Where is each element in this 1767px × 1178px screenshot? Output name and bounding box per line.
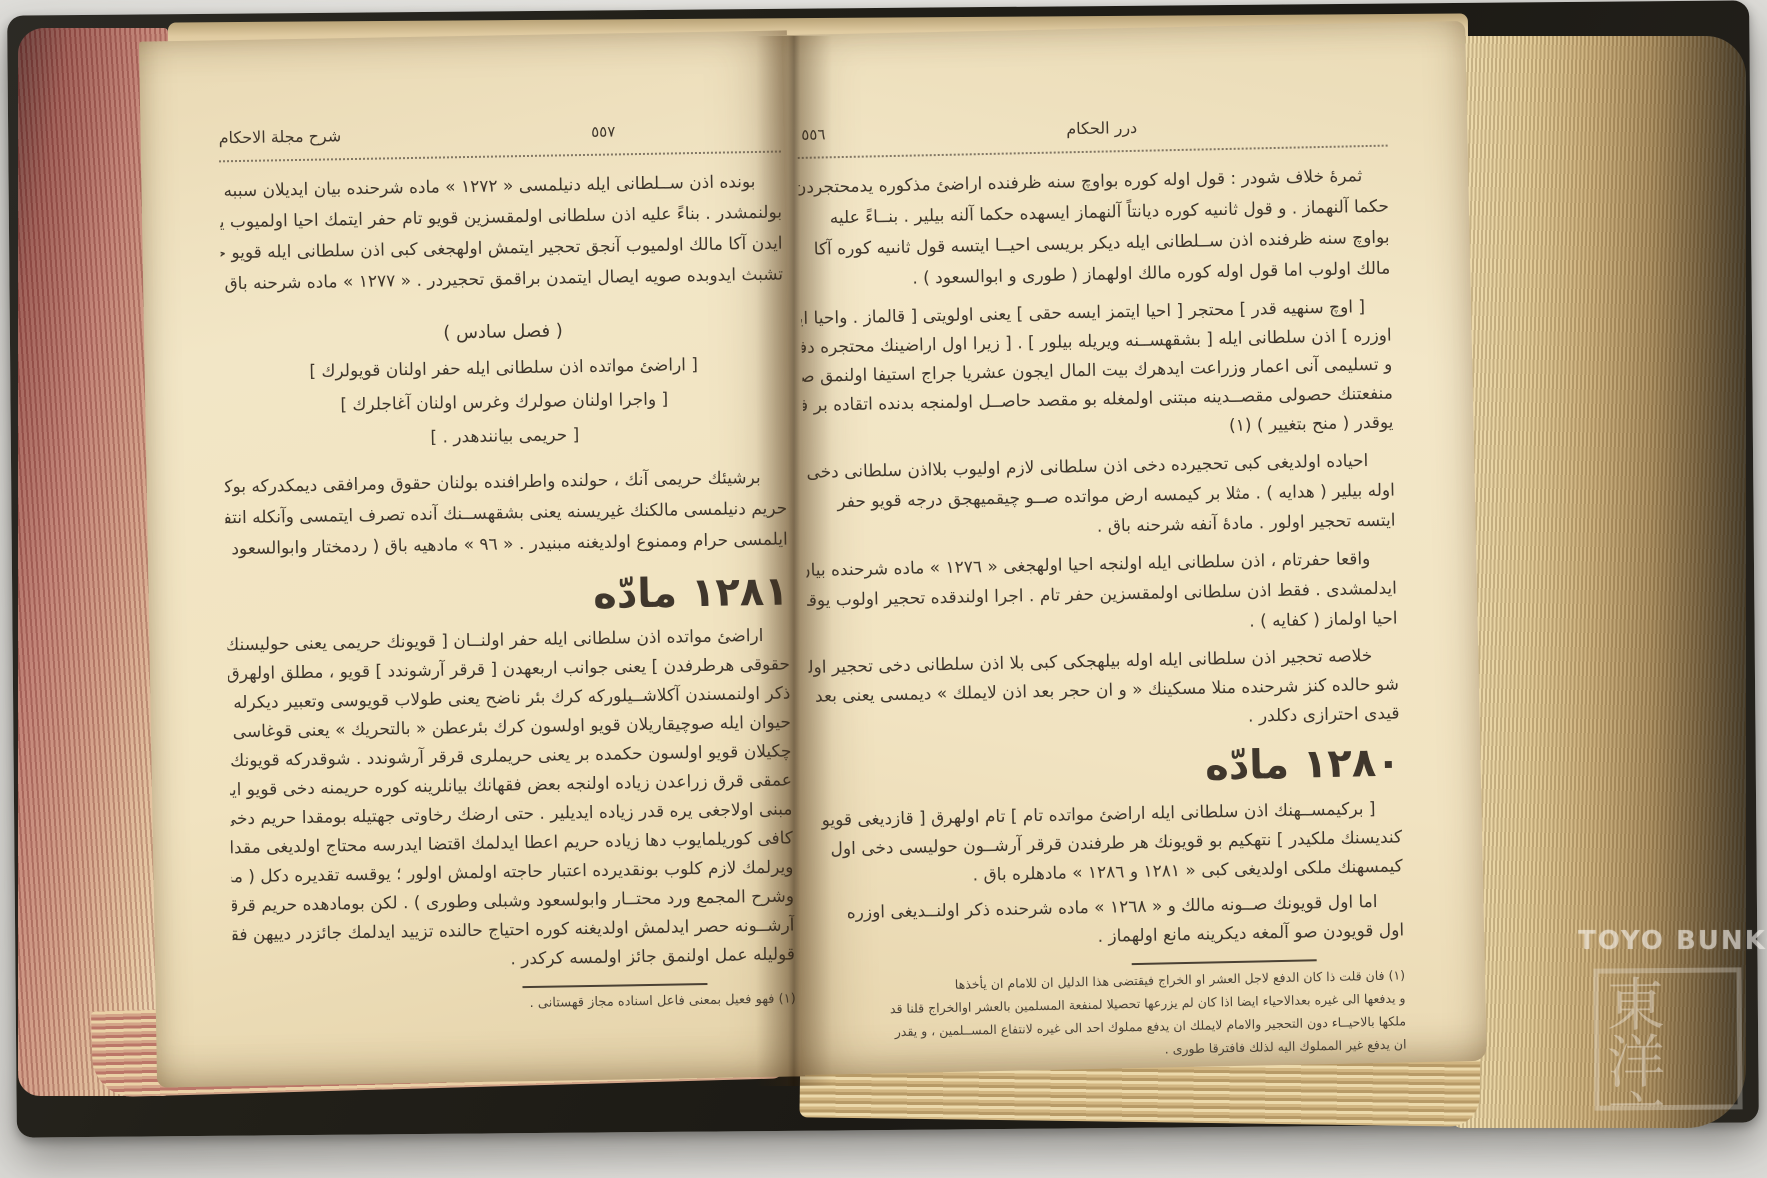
paragraph: اما اول قويونك صــونه مالك و « ١٢٦٨ » ما…: [813, 887, 1404, 957]
footnote-separator: [1132, 959, 1317, 965]
paragraph: احياده اولديغى كبى تحجيرده دخى اذن سلطان…: [804, 446, 1396, 548]
text-line: (١) فهو فعيل بمعنى فاعل اسناده مجاز قهست…: [234, 987, 796, 1020]
right-page-running-title: درر الحكام: [1066, 118, 1137, 138]
footnote: (١) فان قلت ذا كان الدفع لاجل العشر او ا…: [815, 963, 1407, 1067]
left-page: ٥٥٧ شرح مجلة الاحكام بونده اذن ســلطانى …: [139, 30, 805, 1087]
footnote-separator: [522, 983, 707, 988]
right-page: درر الحكام ٥٥٦ ثمرهٔ خلاف شودر : قول اول…: [781, 21, 1487, 1075]
paragraph: اراضئ مواتده اذن سلطانى ايله حفر اولنــا…: [227, 621, 795, 979]
toyo-bunko-watermark: TOYO BUNKO 東洋文庫: [1578, 926, 1767, 1110]
left-page-header: ٥٥٧ شرح مجلة الاحكام: [218, 119, 780, 153]
watermark-text: TOYO BUNKO: [1578, 926, 1767, 956]
open-book-photo: ٥٥٧ شرح مجلة الاحكام بونده اذن ســلطانى …: [0, 0, 1767, 1178]
paragraph: برشيئك حريمى آنك ، حولنده واطرافنده بولن…: [224, 462, 788, 565]
article-1281-heading: ١٢٨١ مادّه: [226, 563, 789, 629]
header-rule: [219, 151, 781, 163]
right-page-text-column: درر الحكام ٥٥٦ ثمرهٔ خلاف شودر : قول اول…: [797, 113, 1406, 1053]
paragraph: [ بركيمســهنك اذن سلطانى ايله اراضئ موات…: [811, 794, 1403, 893]
paragraph: خلاصه تحجير اذن سلطانى ايله اوله بيلهجكى…: [808, 641, 1400, 740]
footnote: (١) فهو فعيل بمعنى فاعل اسناده مجاز قهست…: [234, 987, 796, 1020]
left-page-running-title: شرح مجلة الاحكام: [218, 126, 341, 147]
chapter-heading: ( فصل سادس ): [222, 313, 784, 353]
right-page-header: درر الحكام ٥٥٦: [797, 113, 1387, 149]
paragraph: ثمرهٔ خلاف شودر : قول اوله كوره بواوچ سن…: [798, 161, 1390, 297]
right-page-number: ٥٥٦: [801, 125, 826, 144]
paragraph: [ اوچ سنهيه قدر ] محتجر [ احيا ايتمز ايس…: [801, 293, 1394, 450]
article-1280-heading: ١٢٨٠ مادّه: [810, 734, 1401, 802]
left-page-text-column: ٥٥٧ شرح مجلة الاحكام بونده اذن ســلطانى …: [218, 119, 796, 1063]
paragraph: واقعا حفرتام ، اذن سلطانى ايله اولنجه اح…: [806, 544, 1398, 646]
paragraph: بونده اذن ســلطانى ايله دنيلمسى « ١٢٧٢ »…: [219, 167, 783, 301]
toyo-bunko-seal: 東洋文庫: [1593, 967, 1742, 1110]
chapter-subtitle-lines: [ اراضئ مواتده اذن سلطانى ايله حفر اولنا…: [222, 347, 786, 459]
left-page-number: ٥٥٧: [591, 122, 615, 140]
